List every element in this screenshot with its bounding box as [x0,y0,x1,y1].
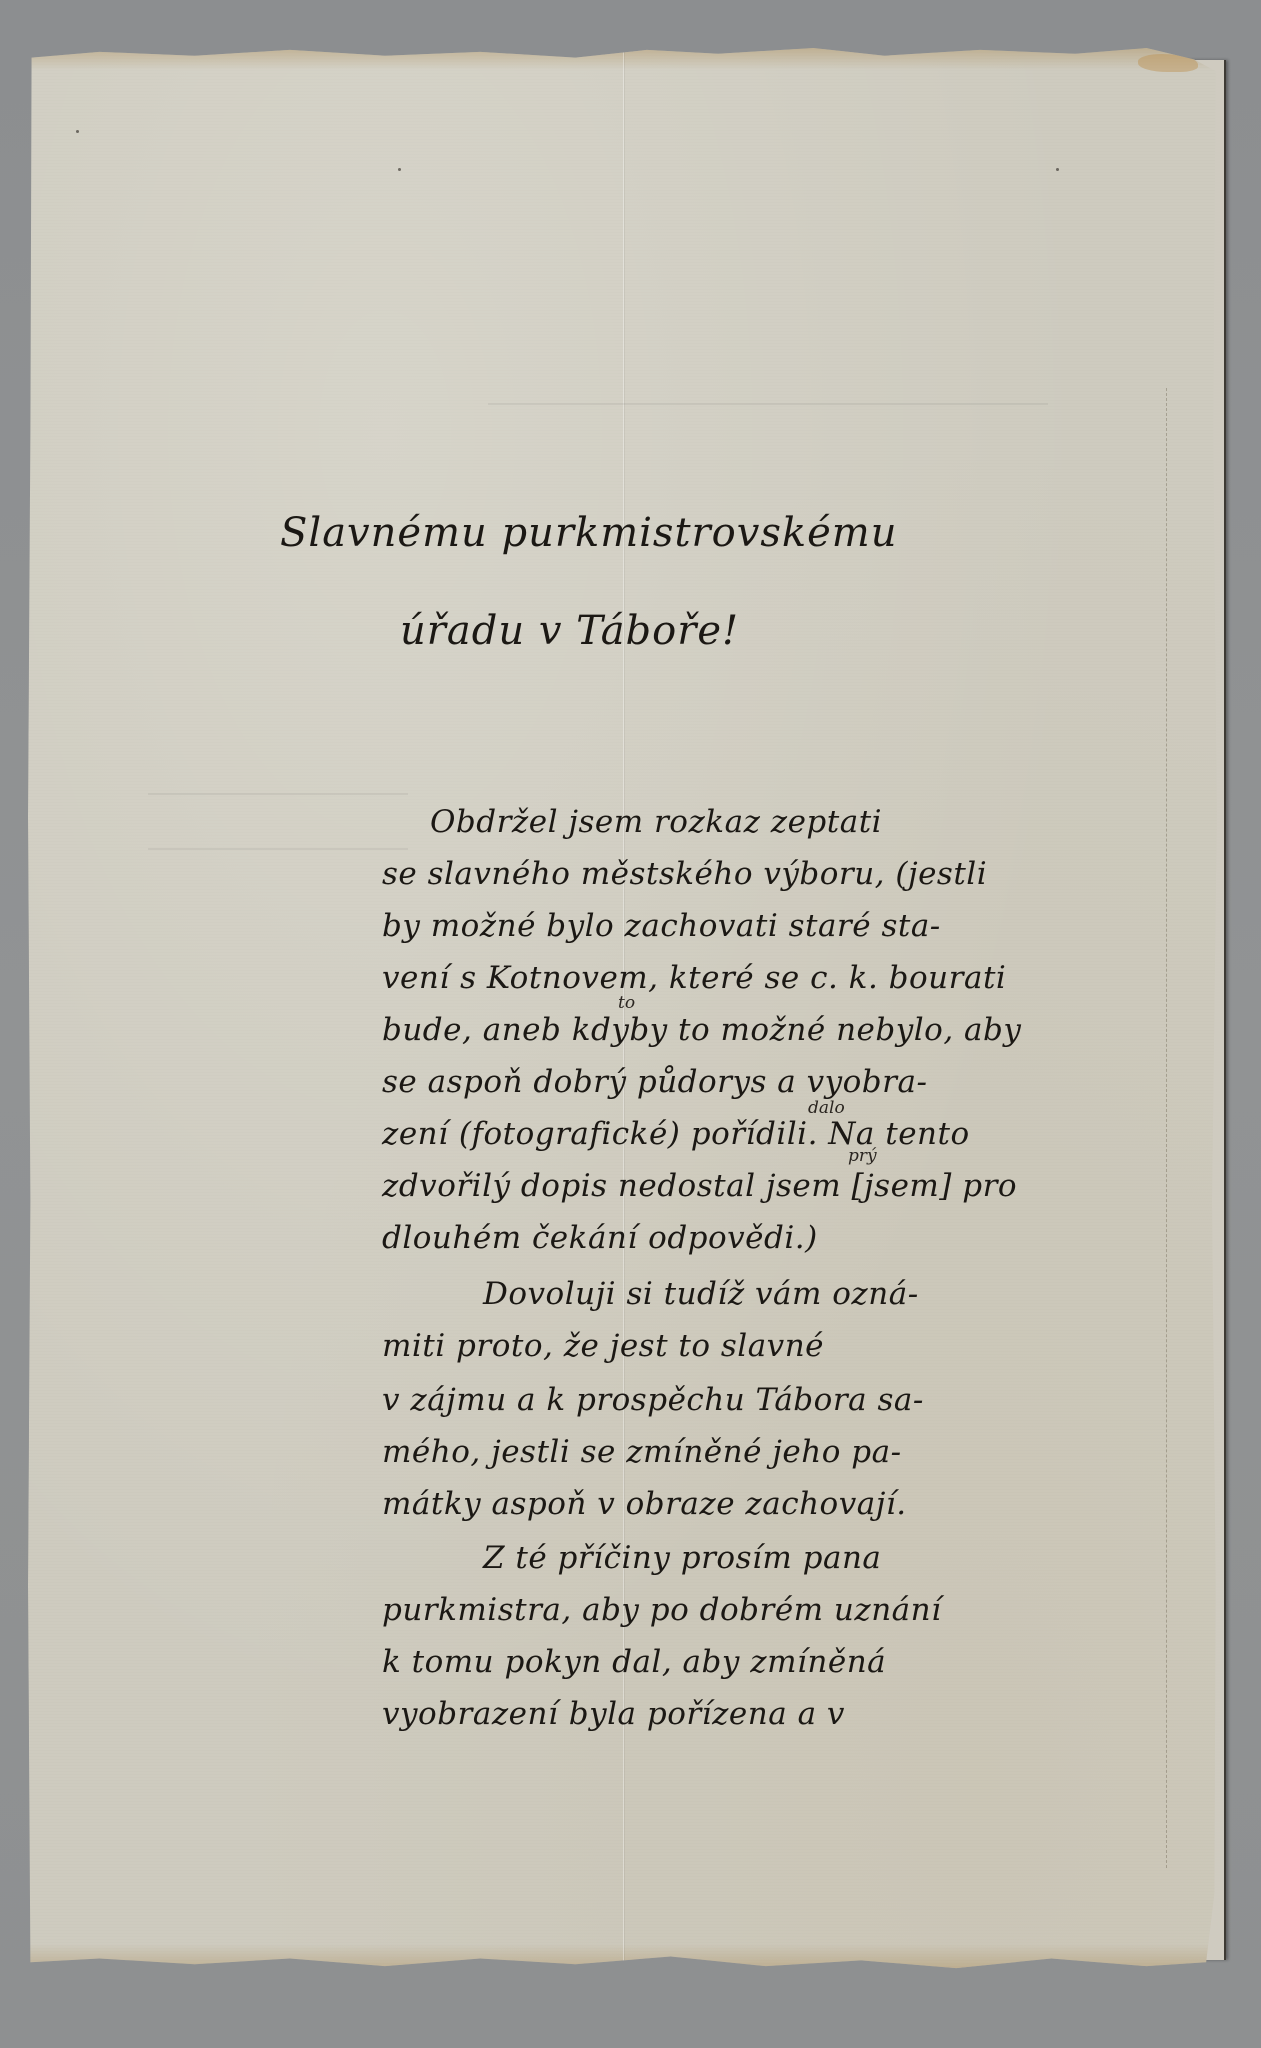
paragraph-2-line-3: v zájmu a k prospěchu Tábora sa- [382,1382,924,1418]
bleed-through-mark [148,793,408,795]
bleed-through-mark [148,848,408,850]
paper-speck [76,130,79,133]
letter-page: Slavnému purkmistrovskému úřadu v Táboře… [28,48,1218,1970]
bleed-through-mark [488,403,1048,405]
paragraph-1-line-5: bude, aneb kdyby to možné nebylo, aby [382,1012,1021,1048]
salutation-line-1: Slavnému purkmistrovskému [280,510,897,556]
interlinear-insert-pry: prý [848,1146,877,1166]
paragraph-1-line-1: Obdržel jsem rozkaz zeptati [430,804,882,840]
paragraph-1-line-8: zdvořilý dopis nedostal jsem [jsem] pro [382,1168,1017,1204]
paragraph-2-line-1: Dovoluji si tudíž vám ozná- [483,1276,919,1312]
paragraph-1-line-2: se slavného městského výboru, (jestli [382,856,987,892]
paragraph-3-line-4: vyobrazení byla pořízena a v [382,1696,845,1732]
paragraph-2-line-4: mého, jestli se zmíněné jeho pa- [382,1434,902,1470]
interlinear-insert-dalo: dalo [808,1098,845,1118]
paper-speck [1056,168,1059,171]
paragraph-3-line-3: k tomu pokyn dal, aby zmíněná [382,1644,886,1680]
paragraph-1-line-3: by možné bylo zachovati staré sta- [382,908,941,944]
paragraph-1-line-7: zení (fotografické) pořídili. Na tento [382,1116,970,1152]
paragraph-2-line-2: miti proto, že jest to slavné [382,1328,824,1364]
salutation-line-2: úřadu v Táboře! [400,608,739,654]
paragraph-3-line-2: purkmistra, aby po dobrém uznání [382,1592,942,1628]
paper-speck [398,168,401,171]
paragraph-2-line-5: mátky aspoň v obraze zachovají. [382,1486,907,1522]
paragraph-1-line-4: vení s Kotnovem, které se c. k. bourati [382,960,1006,996]
paragraph-1-line-9: dlouhém čekání odpovědi.) [382,1220,818,1256]
paragraph-1-line-6: se aspoň dobrý půdorys a vyobra- [382,1064,927,1100]
paragraph-3-line-1: Z té příčiny prosím pana [483,1540,881,1576]
torn-right-edge-line [1166,388,1169,1868]
interlinear-insert-to: to [618,993,635,1013]
